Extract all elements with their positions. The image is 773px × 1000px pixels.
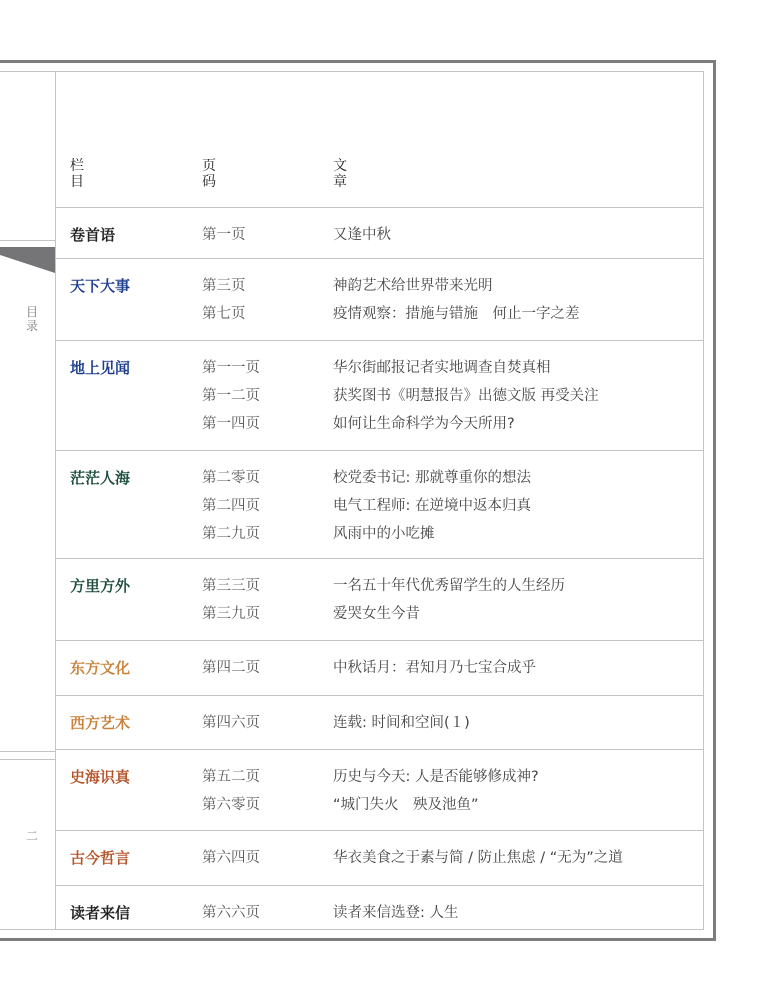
page-number: 第三页: [202, 272, 246, 300]
page-list: 第六六页: [202, 899, 260, 927]
header-article: 文 章: [333, 158, 349, 190]
page-number: 第二零页: [202, 464, 260, 492]
page-number: 第四二页: [202, 654, 260, 682]
side-label-char: 录: [25, 319, 39, 333]
table-row: 方里方外第三三页第三九页一名五十年代优秀留学生的人生经历爱哭女生今昔: [56, 558, 703, 640]
table-row: 天下大事第三页第七页神韵艺术给世界带来光明疫情观察：措施与错施 何止一字之差: [56, 258, 703, 340]
section-name: 读者来信: [70, 903, 130, 923]
article-title[interactable]: 一名五十年代优秀留学生的人生经历: [333, 572, 565, 600]
table-row: 古今哲言第六四页华衣美食之于素与简 / 防止焦虑 / “无为”之道: [56, 830, 703, 885]
article-list: 历史与今天: 人是否能够修成神?“城门失火 殃及池鱼”: [333, 763, 539, 819]
article-list: 读者来信选登: 人生: [333, 899, 459, 927]
side-label-char: 目: [25, 305, 39, 319]
table-row: 西方艺术第四六页连载: 时间和空间(１): [56, 695, 703, 749]
page-number: 第六六页: [202, 899, 260, 927]
article-title[interactable]: 获奖图书《明慧报告》出德文版 再受关注: [333, 382, 599, 410]
page-number: 第三九页: [202, 600, 260, 628]
section-name: 天下大事: [70, 276, 130, 296]
article-title[interactable]: 如何让生命科学为今天所用?: [333, 410, 599, 438]
side-panel-rule: [0, 751, 55, 752]
side-label-contents: 目 录: [25, 305, 39, 333]
article-title[interactable]: 连载: 时间和空间(１): [333, 709, 470, 737]
page-number: 第一页: [202, 221, 246, 249]
page-number: 第三三页: [202, 572, 260, 600]
article-title[interactable]: “城门失火 殃及池鱼”: [333, 791, 539, 819]
article-title[interactable]: 校党委书记: 那就尊重你的想法: [333, 464, 531, 492]
table-row: 史海识真第五二页第六零页历史与今天: 人是否能够修成神?“城门失火 殃及池鱼”: [56, 749, 703, 830]
outer-border-bottom: [0, 938, 716, 941]
article-title[interactable]: 历史与今天: 人是否能够修成神?: [333, 763, 539, 791]
header-char: 文: [333, 158, 349, 174]
article-list: 华尔街邮报记者实地调查自焚真相获奖图书《明慧报告》出德文版 再受关注如何让生命科…: [333, 354, 599, 438]
side-panel-rule: [0, 759, 55, 760]
table-row: 东方文化第四二页中秋话月：君知月乃七宝合成乎: [56, 640, 703, 695]
table-header: 栏 目 页 码 文 章: [56, 72, 703, 207]
article-list: 神韵艺术给世界带来光明疫情观察：措施与错施 何止一字之差: [333, 272, 580, 328]
section-name: 茫茫人海: [70, 468, 130, 488]
page-number: 第一二页: [202, 382, 260, 410]
outer-border-top: [0, 60, 716, 63]
page-list: 第二零页第二四页第二九页: [202, 464, 260, 548]
table-row: 地上见闻第一一页第一二页第一四页华尔街邮报记者实地调查自焚真相获奖图书《明慧报告…: [56, 340, 703, 450]
article-title[interactable]: 爱哭女生今昔: [333, 600, 565, 628]
article-title[interactable]: 华衣美食之于素与简 / 防止焦虑 / “无为”之道: [333, 844, 623, 872]
article-list: 校党委书记: 那就尊重你的想法电气工程师: 在逆境中返本归真风雨中的小吃摊: [333, 464, 531, 548]
page-list: 第四六页: [202, 709, 260, 737]
side-panel-rule: [0, 240, 55, 241]
article-title[interactable]: 华尔街邮报记者实地调查自焚真相: [333, 354, 599, 382]
page-list: 第一页: [202, 221, 246, 249]
page-number: 第五二页: [202, 763, 260, 791]
header-char: 目: [70, 174, 86, 190]
table-row: 茫茫人海第二零页第二四页第二九页校党委书记: 那就尊重你的想法电气工程师: 在逆…: [56, 450, 703, 558]
article-title[interactable]: 读者来信选登: 人生: [333, 899, 459, 927]
section-name: 地上见闻: [70, 358, 130, 378]
table-row: 卷首语第一页又逢中秋: [56, 207, 703, 258]
header-char: 章: [333, 174, 349, 190]
page-number: 第四六页: [202, 709, 260, 737]
tab-triangle-decoration: [0, 247, 55, 273]
page-number: 第二四页: [202, 492, 260, 520]
article-list: 中秋话月：君知月乃七宝合成乎: [333, 654, 536, 682]
page-list: 第五二页第六零页: [202, 763, 260, 819]
page-number: 第六四页: [202, 844, 260, 872]
article-title[interactable]: 神韵艺术给世界带来光明: [333, 272, 580, 300]
article-title[interactable]: 又逢中秋: [333, 221, 391, 249]
page-list: 第一一页第一二页第一四页: [202, 354, 260, 438]
page-number: 第六零页: [202, 791, 260, 819]
header-category: 栏 目: [70, 158, 86, 190]
page-number: 第二九页: [202, 520, 260, 548]
section-name: 方里方外: [70, 576, 130, 596]
page-list: 第四二页: [202, 654, 260, 682]
page-list: 第六四页: [202, 844, 260, 872]
page-number: 第一一页: [202, 354, 260, 382]
page-number: 第一四页: [202, 410, 260, 438]
page-list: 第三页第七页: [202, 272, 246, 328]
article-title[interactable]: 疫情观察：措施与错施 何止一字之差: [333, 300, 580, 328]
section-name: 东方文化: [70, 658, 130, 678]
outer-border-right: [713, 60, 716, 941]
article-title[interactable]: 中秋话月：君知月乃七宝合成乎: [333, 654, 536, 682]
inner-border-bottom: [0, 929, 704, 930]
section-name: 西方艺术: [70, 713, 130, 733]
inner-border-right: [703, 71, 704, 930]
article-list: 连载: 时间和空间(１): [333, 709, 470, 737]
article-title[interactable]: 风雨中的小吃摊: [333, 520, 531, 548]
header-char: 码: [202, 174, 218, 190]
section-name: 史海识真: [70, 767, 130, 787]
article-title[interactable]: 电气工程师: 在逆境中返本归真: [333, 492, 531, 520]
header-char: 栏: [70, 158, 86, 174]
page-number: 第七页: [202, 300, 246, 328]
section-name: 卷首语: [70, 225, 115, 245]
table-row: 读者来信第六六页读者来信选登: 人生: [56, 885, 703, 929]
side-label-page-number: 二: [25, 829, 39, 843]
header-char: 页: [202, 158, 218, 174]
article-list: 一名五十年代优秀留学生的人生经历爱哭女生今昔: [333, 572, 565, 628]
section-name: 古今哲言: [70, 848, 130, 868]
page-list: 第三三页第三九页: [202, 572, 260, 628]
article-list: 华衣美食之于素与简 / 防止焦虑 / “无为”之道: [333, 844, 623, 872]
header-page: 页 码: [202, 158, 218, 190]
article-list: 又逢中秋: [333, 221, 391, 249]
